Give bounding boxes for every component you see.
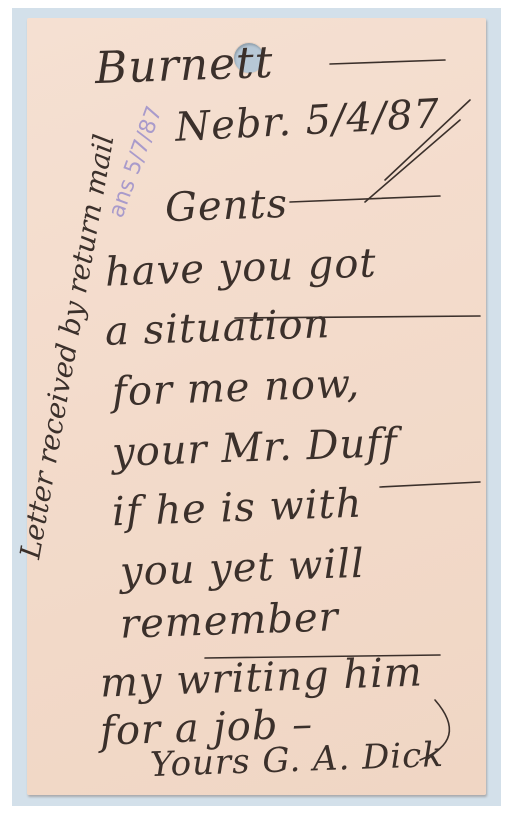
body-line: a situation [104, 301, 331, 355]
letter-greeting: Gents [164, 181, 289, 231]
body-line: if he is with [111, 481, 363, 536]
body-line: remember [119, 594, 339, 648]
body-line: you yet will [119, 541, 365, 596]
body-line: have you got [104, 240, 377, 295]
body-line: for me now, [111, 361, 361, 416]
